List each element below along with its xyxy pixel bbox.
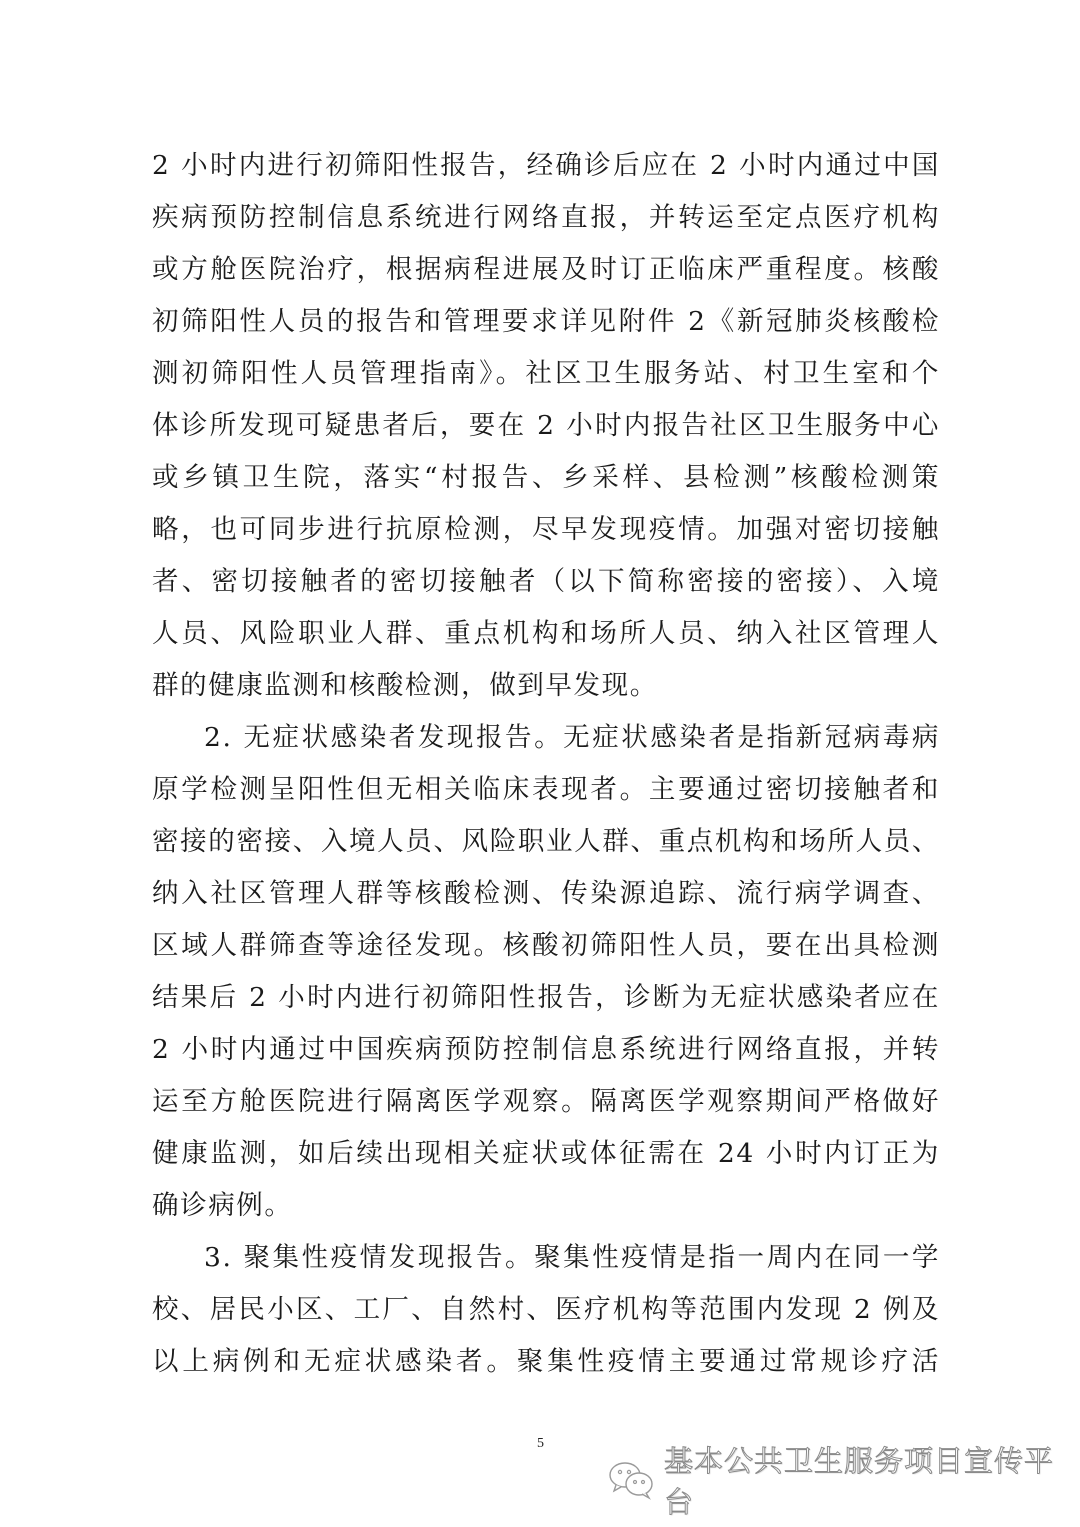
text-line: 略，也可同步进行抗原检测，尽早发现疫情。加强对密切接触 [152,504,940,556]
text-line: 区域人群筛查等途径发现。核酸初筛阳性人员，要在出具检测 [152,920,940,972]
paragraph-case-reporting: 2 小时内进行初筛阳性报告，经确诊后应在 2 小时内通过中国 疾病预防控制信息系… [152,140,940,712]
text-line: 健康监测，如后续出现相关症状或体征需在 24 小时内订正为 [152,1128,940,1180]
text-line: 疾病预防控制信息系统进行网络直报，并转运至定点医疗机构 [152,192,940,244]
text-line: 运至方舱医院进行隔离医学观察。隔离医学观察期间严格做好 [152,1076,940,1128]
watermark-text: 基本公共卫生服务项目宣传平台 [664,1439,1080,1521]
page-number: 5 [537,1436,544,1452]
text-line: 2 小时内进行初筛阳性报告，经确诊后应在 2 小时内通过中国 [152,140,940,192]
document-page: 2 小时内进行初筛阳性报告，经确诊后应在 2 小时内通过中国 疾病预防控制信息系… [0,0,1080,1527]
wechat-icon [608,1460,656,1500]
text-line: 2. 无症状感染者发现报告。无症状感染者是指新冠病毒病 [152,712,940,764]
document-body: 2 小时内进行初筛阳性报告，经确诊后应在 2 小时内通过中国 疾病预防控制信息系… [152,140,940,1388]
text-line: 确诊病例。 [152,1180,940,1232]
paragraph-asymptomatic-reporting: 2. 无症状感染者发现报告。无症状感染者是指新冠病毒病 原学检测呈阳性但无相关临… [152,712,940,1232]
text-line: 以上病例和无症状感染者。聚集性疫情主要通过常规诊疗活 [152,1336,940,1388]
text-line: 纳入社区管理人群等核酸检测、传染源追踪、流行病学调查、 [152,868,940,920]
text-line: 或乡镇卫生院，落实“村报告、乡采样、县检测”核酸检测策 [152,452,940,504]
text-line: 人员、风险职业人群、重点机构和场所人员、纳入社区管理人 [152,608,940,660]
text-line: 或方舱医院治疗，根据病程进展及时订正临床严重程度。核酸 [152,244,940,296]
text-line: 原学检测呈阳性但无相关临床表现者。主要通过密切接触者和 [152,764,940,816]
text-line: 3. 聚集性疫情发现报告。聚集性疫情是指一周内在同一学 [152,1232,940,1284]
text-line: 体诊所发现可疑患者后，要在 2 小时内报告社区卫生服务中心 [152,400,940,452]
text-line: 2 小时内通过中国疾病预防控制信息系统进行网络直报，并转 [152,1024,940,1076]
text-line: 测初筛阳性人员管理指南》。社区卫生服务站、村卫生室和个 [152,348,940,400]
text-line: 者、密切接触者的密切接触者（以下简称密接的密接）、入境 [152,556,940,608]
paragraph-cluster-reporting: 3. 聚集性疫情发现报告。聚集性疫情是指一周内在同一学 校、居民小区、工厂、自然… [152,1232,940,1388]
text-line: 密接的密接、入境人员、风险职业人群、重点机构和场所人员、 [152,816,940,868]
text-line: 初筛阳性人员的报告和管理要求详见附件 2《新冠肺炎核酸检 [152,296,940,348]
text-line: 群的健康监测和核酸检测，做到早发现。 [152,660,940,712]
text-line: 结果后 2 小时内进行初筛阳性报告，诊断为无症状感染者应在 [152,972,940,1024]
watermark: 基本公共卫生服务项目宣传平台 [608,1458,1080,1502]
text-line: 校、居民小区、工厂、自然村、医疗机构等范围内发现 2 例及 [152,1284,940,1336]
